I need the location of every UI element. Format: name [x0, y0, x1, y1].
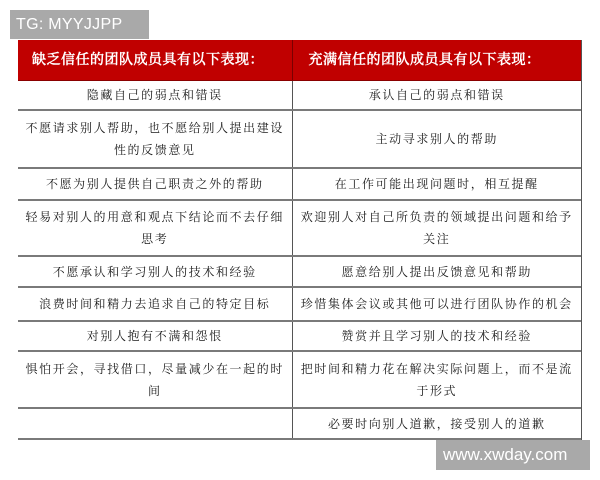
cell-text: 在工作可能出现问题时，相互提醒: [335, 173, 539, 195]
cell-full-trust: 主动寻求别人的帮助: [293, 111, 581, 167]
cell-text: 轻易对别人的用意和观点下结论而不去仔细思考: [24, 206, 286, 250]
table-header-row: 缺乏信任的团队成员具有以下表现： 充满信任的团队成员具有以下表现：: [18, 40, 581, 81]
cell-text: 愿意给别人提出反馈意见和帮助: [342, 261, 532, 283]
cell-text: 珍惜集体会议或其他可以进行团队协作的机会: [301, 293, 573, 315]
cell-text: 惧怕开会，寻找借口，尽量减少在一起的时间: [24, 358, 286, 402]
cell-text: 承认自己的弱点和错误: [369, 84, 505, 106]
header-lacking-trust: 缺乏信任的团队成员具有以下表现：: [18, 40, 293, 80]
cell-lacking-trust: 不愿为别人提供自己职责之外的帮助: [18, 169, 293, 199]
cell-lacking-trust: 轻易对别人的用意和观点下结论而不去仔细思考: [18, 201, 293, 255]
watermark-bottom: www.xwday.com: [436, 440, 590, 470]
cell-text: 赞赏并且学习别人的技术和经验: [342, 325, 532, 347]
header-full-trust: 充满信任的团队成员具有以下表现：: [293, 40, 581, 80]
cell-full-trust: 欢迎别人对自己所负责的领域提出问题和给予关注: [293, 201, 581, 255]
table-row: 必要时向别人道歉，接受别人的道歉: [18, 409, 581, 440]
table-row: 不愿承认和学习别人的技术和经验 愿意给别人提出反馈意见和帮助: [18, 257, 581, 288]
cell-full-trust: 在工作可能出现问题时，相互提醒: [293, 169, 581, 199]
cell-text: 不愿请求别人帮助，也不愿给别人提出建设性的反馈意见: [24, 117, 286, 161]
cell-full-trust: 赞赏并且学习别人的技术和经验: [293, 322, 581, 350]
cell-lacking-trust: 不愿请求别人帮助，也不愿给别人提出建设性的反馈意见: [18, 111, 293, 167]
cell-full-trust: 珍惜集体会议或其他可以进行团队协作的机会: [293, 288, 581, 320]
watermark-top: TG: MYYJJPP: [10, 10, 149, 39]
cell-lacking-trust: 隐藏自己的弱点和错误: [18, 81, 293, 109]
cell-text: 不愿承认和学习别人的技术和经验: [53, 261, 257, 283]
cell-lacking-trust: 对别人抱有不满和怨恨: [18, 322, 293, 350]
cell-lacking-trust: 浪费时间和精力去追求自己的特定目标: [18, 288, 293, 320]
table-row: 浪费时间和精力去追求自己的特定目标 珍惜集体会议或其他可以进行团队协作的机会: [18, 288, 581, 322]
cell-text: 主动寻求别人的帮助: [376, 128, 498, 150]
cell-full-trust: 把时间和精力花在解决实际问题上，而不是流于形式: [293, 352, 581, 407]
table-row: 轻易对别人的用意和观点下结论而不去仔细思考 欢迎别人对自己所负责的领域提出问题和…: [18, 201, 581, 257]
cell-lacking-trust: [18, 409, 293, 438]
cell-full-trust: 必要时向别人道歉，接受别人的道歉: [293, 409, 581, 438]
trust-comparison-table: 缺乏信任的团队成员具有以下表现： 充满信任的团队成员具有以下表现： 隐藏自己的弱…: [18, 40, 582, 440]
cell-lacking-trust: 不愿承认和学习别人的技术和经验: [18, 257, 293, 286]
cell-lacking-trust: 惧怕开会，寻找借口，尽量减少在一起的时间: [18, 352, 293, 407]
cell-text: 对别人抱有不满和怨恨: [87, 325, 223, 347]
cell-text: 必要时向别人道歉，接受别人的道歉: [328, 413, 546, 435]
cell-full-trust: 愿意给别人提出反馈意见和帮助: [293, 257, 581, 286]
cell-text: 隐藏自己的弱点和错误: [87, 84, 223, 106]
cell-text: 欢迎别人对自己所负责的领域提出问题和给予关注: [299, 206, 575, 250]
table-row: 不愿为别人提供自己职责之外的帮助 在工作可能出现问题时，相互提醒: [18, 169, 581, 201]
cell-text: 浪费时间和精力去追求自己的特定目标: [39, 293, 270, 315]
table-row: 惧怕开会，寻找借口，尽量减少在一起的时间 把时间和精力花在解决实际问题上，而不是…: [18, 352, 581, 409]
cell-text: 把时间和精力花在解决实际问题上，而不是流于形式: [299, 358, 575, 402]
cell-full-trust: 承认自己的弱点和错误: [293, 81, 581, 109]
table-row: 不愿请求别人帮助，也不愿给别人提出建设性的反馈意见 主动寻求别人的帮助: [18, 111, 581, 169]
cell-text: 不愿为别人提供自己职责之外的帮助: [46, 173, 264, 195]
table-row: 对别人抱有不满和怨恨 赞赏并且学习别人的技术和经验: [18, 322, 581, 352]
table-row: 隐藏自己的弱点和错误 承认自己的弱点和错误: [18, 81, 581, 111]
